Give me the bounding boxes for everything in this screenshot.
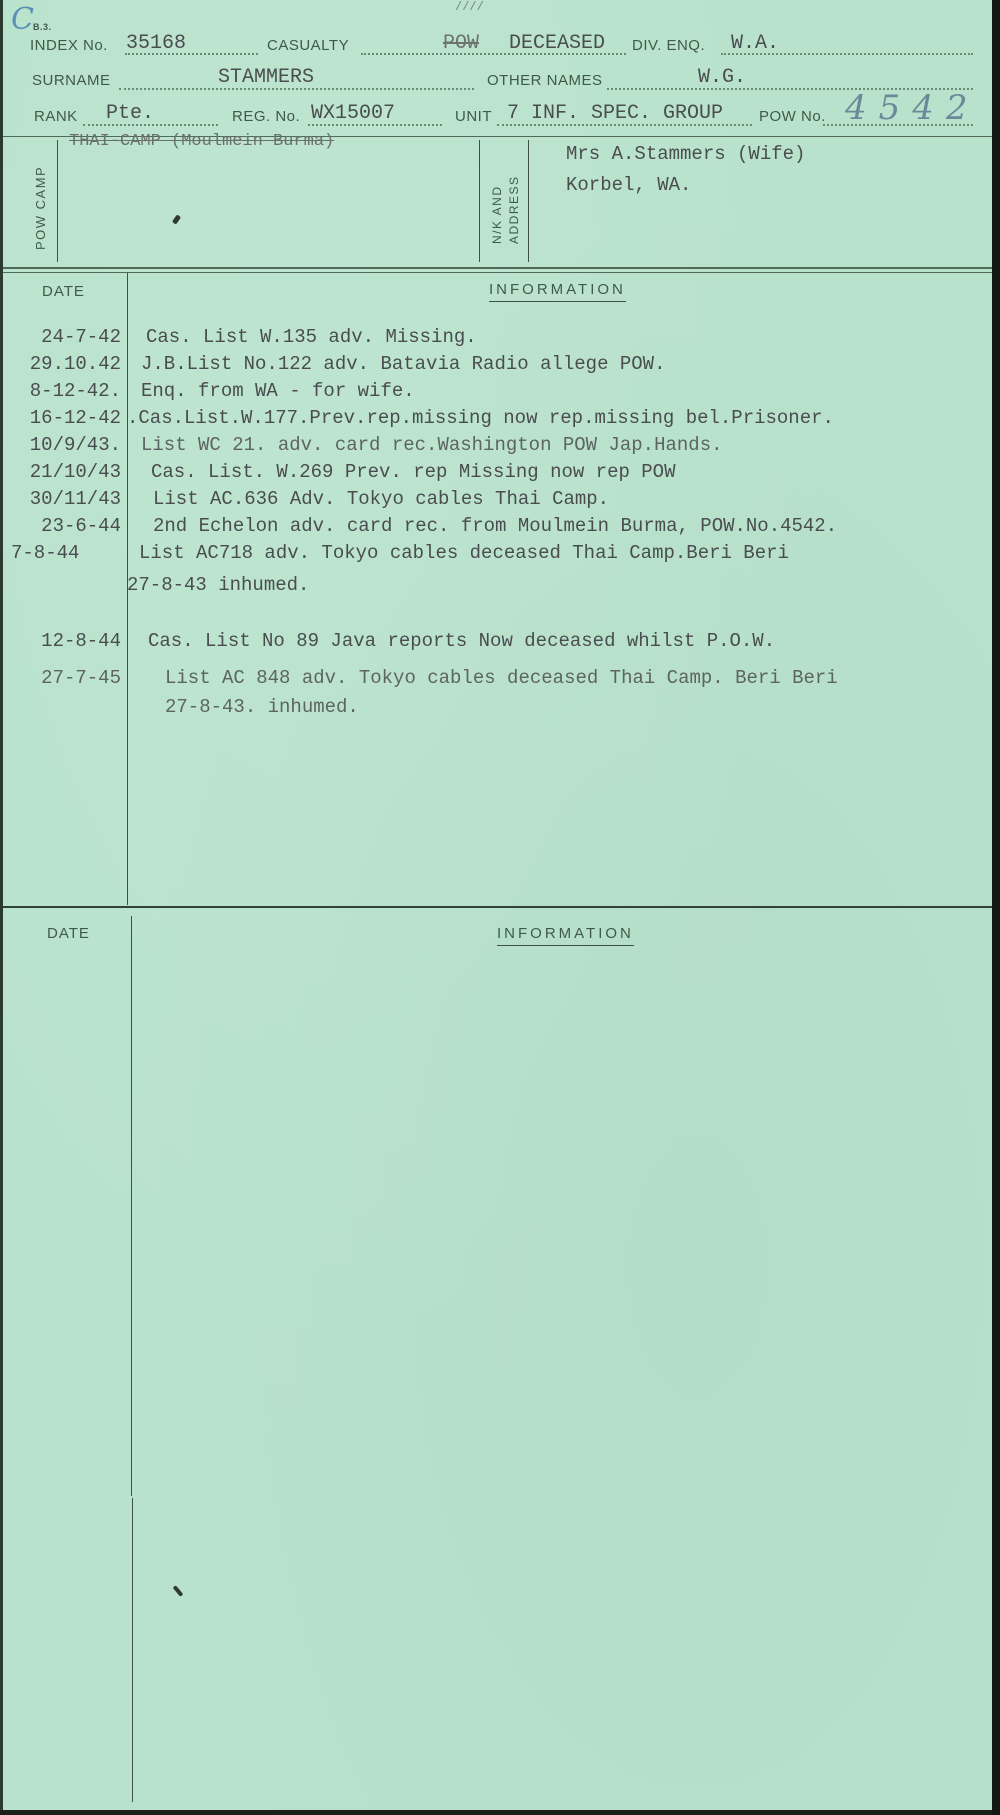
entry-info-continuation: 27-8-43. inhumed. bbox=[165, 696, 359, 718]
entry-info: List AC.636 Adv. Tokyo cables Thai Camp. bbox=[153, 488, 609, 510]
entry-date: 30/11/43 bbox=[3, 488, 121, 510]
section2-column-divider-lower bbox=[132, 1498, 133, 1802]
section2-date-header: DATE bbox=[47, 925, 90, 942]
paper-speck bbox=[173, 1585, 184, 1597]
div-enq-value: W.A. bbox=[731, 32, 779, 55]
corner-pen-stroke: C bbox=[11, 2, 34, 37]
entry-date: 16-12-42 bbox=[3, 407, 121, 429]
entry-date: 12-8-44 bbox=[3, 630, 121, 652]
index-label: INDEX No. bbox=[30, 37, 108, 54]
top-marks: //// bbox=[455, 0, 484, 14]
entry-info: Cas. List No 89 Java reports Now decease… bbox=[148, 630, 775, 652]
entry-date: 29.10.42 bbox=[3, 353, 121, 375]
corner-mark: B.3. bbox=[33, 22, 52, 32]
casualty-value: DECEASED bbox=[509, 32, 605, 55]
entry-date: 7-8-44 bbox=[3, 542, 129, 564]
section1-info-header: INFORMATION bbox=[489, 281, 626, 302]
surname-value: STAMMERS bbox=[218, 66, 314, 89]
entry-info-continuation: 27-8-43 inhumed. bbox=[127, 574, 309, 596]
nok-divider-left bbox=[479, 140, 480, 262]
entry-date: 27-7-45 bbox=[3, 667, 121, 689]
pow-camp-divider bbox=[57, 140, 58, 262]
index-dotted-line bbox=[125, 53, 258, 55]
divider-double-2 bbox=[3, 272, 995, 273]
nok-label-line1: N/K AND bbox=[490, 185, 504, 244]
scan-edge bbox=[992, 0, 1000, 1815]
entry-date: 23-6-44 bbox=[3, 515, 121, 537]
entry-info: List AC 848 adv. Tokyo cables deceased T… bbox=[165, 667, 838, 689]
pow-no-value: 4542 bbox=[845, 88, 980, 128]
reg-no-value: WX15007 bbox=[311, 102, 395, 125]
divider-double-1 bbox=[3, 267, 995, 269]
entry-date: 10/9/43. bbox=[3, 434, 121, 456]
section1-date-header: DATE bbox=[42, 283, 85, 300]
entry-info: Enq. from WA - for wife. bbox=[141, 380, 415, 402]
rank-dotted-line bbox=[83, 124, 218, 126]
nok-line-1: Mrs A.Stammers (Wife) bbox=[566, 143, 805, 165]
pow-no-label: POW No. bbox=[759, 108, 826, 125]
unit-value: 7 INF. SPEC. GROUP bbox=[507, 102, 723, 125]
entry-info: Cas. List. W.269 Prev. rep Missing now r… bbox=[151, 461, 676, 483]
rank-label: RANK bbox=[34, 108, 78, 125]
nok-divider-right bbox=[528, 140, 529, 262]
other-names-value: W.G. bbox=[698, 66, 746, 89]
entry-info: J.B.List No.122 adv. Batavia Radio alleg… bbox=[141, 353, 666, 375]
section2-info-header: INFORMATION bbox=[497, 925, 634, 946]
pow-camp-struck-value: THAI-CAMP (Moulmein Burma) bbox=[69, 132, 334, 151]
rank-value: Pte. bbox=[106, 102, 154, 125]
surname-dotted-line bbox=[119, 88, 474, 90]
nok-line-2: Korbel, WA. bbox=[566, 174, 691, 196]
nok-label-line2: ADDRESS bbox=[507, 175, 521, 244]
reg-no-label: REG. No. bbox=[232, 108, 300, 125]
entry-info: Cas. List W.135 adv. Missing. bbox=[146, 326, 477, 348]
div-enq-label: DIV. ENQ. bbox=[632, 37, 705, 54]
paper-speck bbox=[172, 214, 181, 224]
pow-camp-label: POW CAMP bbox=[33, 166, 48, 250]
entry-info: List AC718 adv. Tokyo cables deceased Th… bbox=[139, 542, 789, 564]
entry-info: List WC 21. adv. card rec.Washington POW… bbox=[141, 434, 723, 456]
entry-date: 8-12-42. bbox=[3, 380, 121, 402]
entry-info: 2nd Echelon adv. card rec. from Moulmein… bbox=[153, 515, 837, 537]
entry-info: .Cas.List.W.177.Prev.rep.missing now rep… bbox=[127, 407, 834, 429]
casualty-label: CASUALTY bbox=[267, 37, 349, 54]
index-value: 35168 bbox=[126, 32, 186, 55]
pow-no-dotted-line bbox=[823, 124, 973, 126]
section2-column-divider bbox=[131, 916, 132, 1496]
unit-label: UNIT bbox=[455, 108, 492, 125]
entry-date: 24-7-42 bbox=[3, 326, 121, 348]
card-fold-line bbox=[3, 906, 995, 908]
casualty-index-card: C B.3. //// INDEX No. 35168 CASUALTY POW… bbox=[0, 0, 995, 1810]
unit-dotted-line bbox=[497, 124, 752, 126]
surname-label: SURNAME bbox=[32, 72, 111, 89]
casualty-struck-value: POW bbox=[443, 32, 479, 55]
other-names-label: OTHER NAMES bbox=[487, 72, 603, 89]
reg-no-dotted-line bbox=[308, 124, 442, 126]
div-enq-dotted-line bbox=[721, 53, 973, 55]
entry-date: 21/10/43 bbox=[3, 461, 121, 483]
